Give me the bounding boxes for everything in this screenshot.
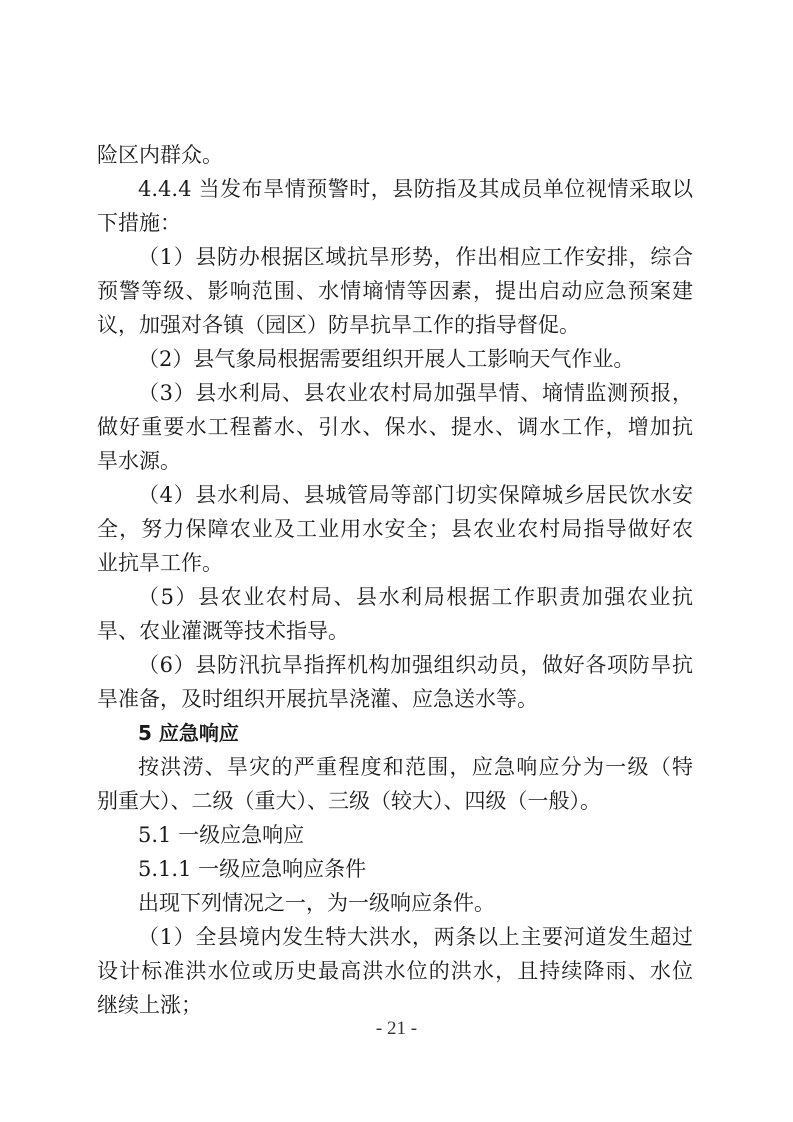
paragraph-line: 议，加强对各镇（园区）防旱抗旱工作的指导督促。: [97, 308, 580, 342]
paragraph-line: 下措施：: [97, 206, 181, 240]
list-item-6-line: （6）县防汛抗旱指挥机构加强组织动员，做好各项防旱抗: [138, 648, 693, 682]
paragraph-line: 旱准备，及时组织开展抗旱浇灌、应急送水等。: [97, 682, 538, 716]
paragraph-line: 做好重要水工程蓄水、引水、保水、提水、调水工作，增加抗: [97, 410, 693, 444]
section-heading-5: 5 应急响应: [138, 716, 239, 750]
paragraph-line: 险区内群众。: [97, 138, 223, 172]
paragraph-line: 预警等级、影响范围、水情墒情等因素，提出启动应急预案建: [97, 274, 693, 308]
condition-item-1-line: （1）全县境内发生特大洪水，两条以上主要河道发生超过: [138, 920, 693, 954]
list-item-2-line: （2）县气象局根据需要组织开展人工影响天气作业。: [138, 342, 634, 376]
section-4-4-4-line: 4.4.4 当发布旱情预警时，县防指及其成员单位视情采取以: [138, 172, 693, 206]
paragraph-line: 旱水源。: [97, 444, 181, 478]
paragraph-line: 继续上涨；: [97, 988, 202, 1022]
list-item-3-line: （3）县水利局、县农业农村局加强旱情、墒情监测预报，: [138, 376, 693, 410]
section-heading-5-1: 5.1 一级应急响应: [138, 818, 304, 852]
paragraph-line: 全，努力保障农业及工业用水安全；县农业农村局指导做好农: [97, 512, 693, 546]
section-heading-5-1-1: 5.1.1 一级应急响应条件: [138, 852, 366, 886]
paragraph-line: 设计标准洪水位或历史最高洪水位的洪水，且持续降雨、水位: [97, 954, 693, 988]
paragraph-line: 业抗旱工作。: [97, 546, 223, 580]
list-item-4-line: （4）县水利局、县城管局等部门切实保障城乡居民饮水安: [138, 478, 693, 512]
paragraph-line: 按洪涝、旱灾的严重程度和范围，应急响应分为一级（特: [138, 750, 693, 784]
paragraph-line: 别重大）、二级（重大）、三级（较大）、四级（一般）。: [97, 784, 601, 818]
paragraph-line: 出现下列情况之一，为一级响应条件。: [138, 886, 495, 920]
page-number: - 21 -: [0, 1018, 793, 1040]
paragraph-line: 旱、农业灌溉等技术指导。: [97, 614, 349, 648]
list-item-5-line: （5）县农业农村局、县水利局根据工作职责加强农业抗: [138, 580, 693, 614]
list-item-1-line: （1）县防办根据区域抗旱形势，作出相应工作安排，综合: [138, 240, 693, 274]
